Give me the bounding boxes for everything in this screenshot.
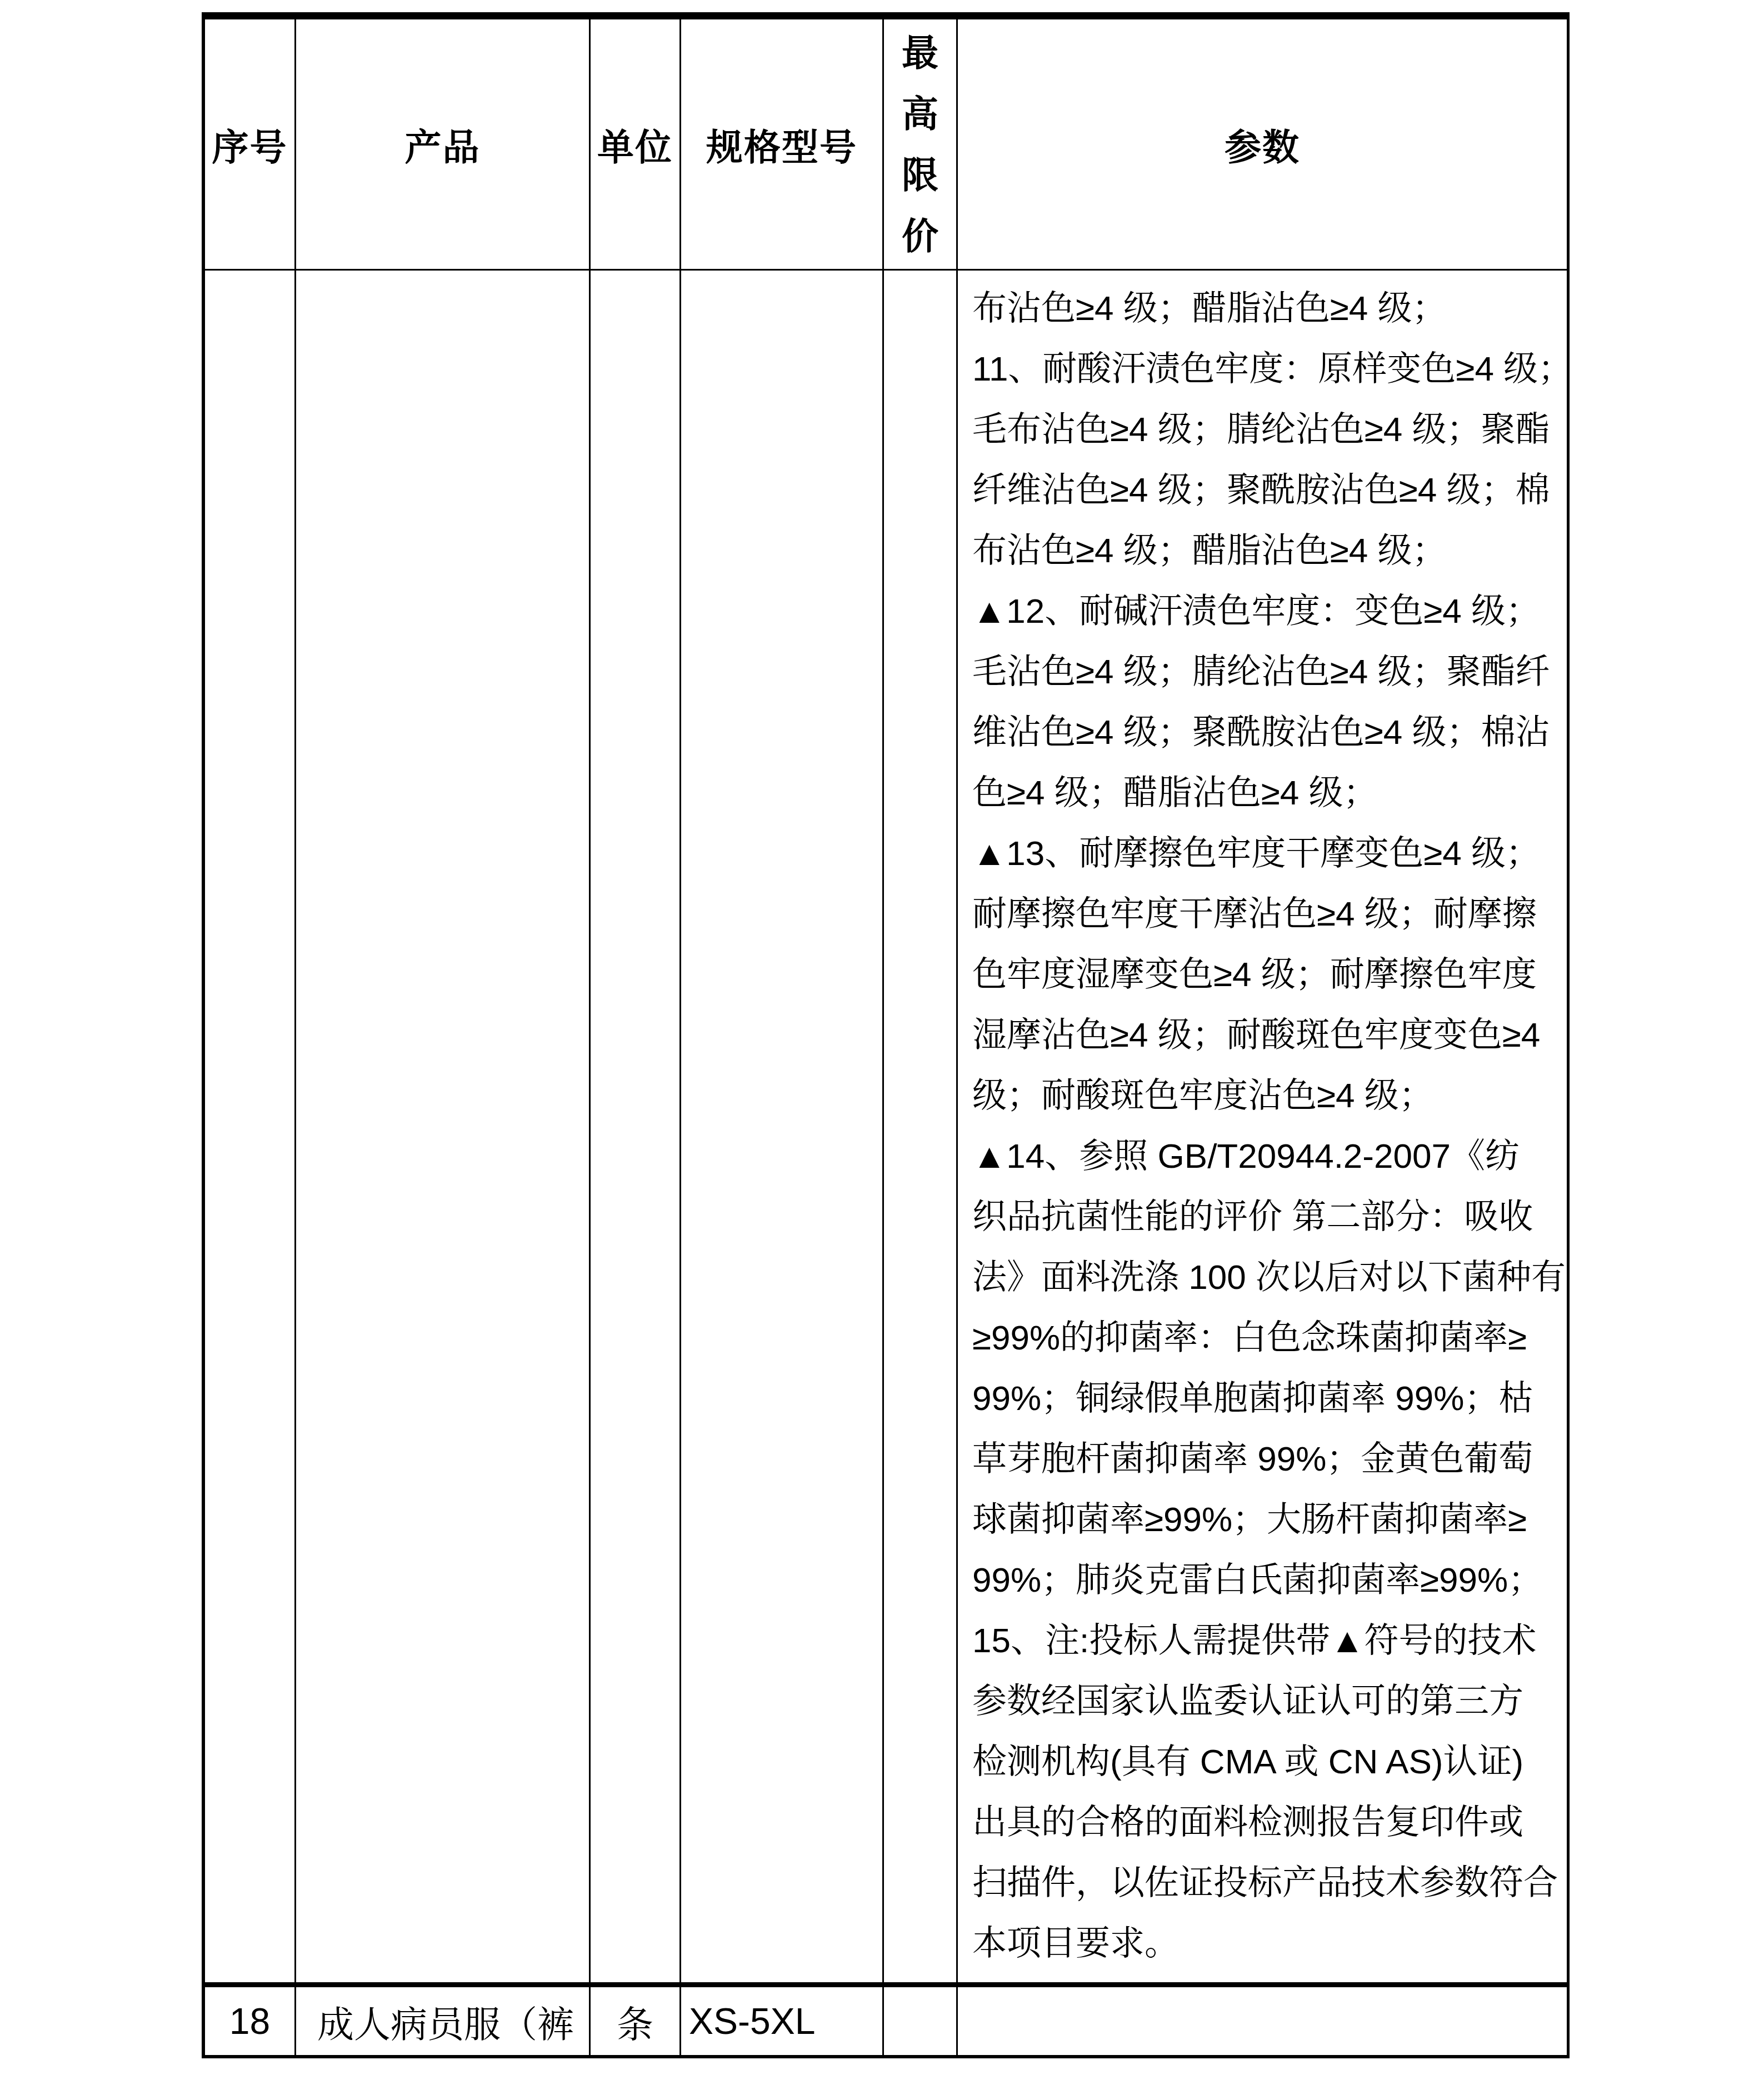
- param-line: ≥99%的抑菌率：白色念珠菌抑菌率≥: [972, 1308, 1559, 1368]
- param-line: 参数经国家认监委认证认可的第三方: [972, 1671, 1559, 1732]
- param-line: 本项目要求。: [972, 1913, 1559, 1974]
- param-line: 出具的合格的面料检测报告复印件或: [972, 1792, 1559, 1853]
- param-row-spec-cell: [681, 271, 884, 1987]
- param-line: 色≥4 级；醋脂沾色≥4 级；: [972, 763, 1559, 823]
- param-line: 毛布沾色≥4 级；腈纶沾色≥4 级；聚酯: [972, 399, 1559, 460]
- param-row-product-cell: [296, 271, 591, 1987]
- param-line: 布沾色≥4 级；醋脂沾色≥4 级；: [972, 521, 1559, 581]
- column-header-params: 参数: [958, 19, 1567, 271]
- param-line: 99%；肺炎克雷白氏菌抑菌率≥99%；: [972, 1550, 1559, 1611]
- param-line: 法》面料洗涤 100 次以后对以下菌种有: [972, 1247, 1559, 1308]
- param-line: 布沾色≥4 级；醋脂沾色≥4 级；: [972, 278, 1559, 339]
- param-row-max-price-cell: [884, 271, 958, 1987]
- row18-spec-cell: XS-5XL: [681, 1987, 884, 2055]
- column-header-product: 产品: [296, 19, 591, 271]
- param-line: 纤维沾色≥4 级；聚酰胺沾色≥4 级；棉: [972, 460, 1559, 521]
- column-header-max-price-label: 最高限价: [901, 22, 939, 267]
- spec-table: 序号 产品 单位 规格型号 最高限价 参数 布沾色≥4 级；醋脂沾色≥4 级；1…: [202, 12, 1570, 2058]
- param-line: 草芽胞杆菌抑菌率 99%；金黄色葡萄: [972, 1429, 1559, 1489]
- param-line: 扫描件，以佐证投标产品技术参数符合: [972, 1853, 1559, 1913]
- param-line: 耐摩擦色牢度干摩沾色≥4 级；耐摩擦: [972, 884, 1559, 944]
- param-line: 色牢度湿摩变色≥4 级；耐摩擦色牢度: [972, 944, 1559, 1005]
- row18-index-cell: 18: [205, 1987, 296, 2055]
- param-line: ▲13、耐摩擦色牢度干摩变色≥4 级；: [972, 823, 1559, 884]
- param-row-params-cell: 布沾色≥4 级；醋脂沾色≥4 级；11、耐酸汗渍色牢度：原样变色≥4 级；毛布沾…: [958, 271, 1567, 1987]
- param-line: ▲12、耐碱汗渍色牢度：变色≥4 级；: [972, 581, 1559, 642]
- param-line: ▲14、参照 GB/T20944.2-2007《纺: [972, 1126, 1559, 1187]
- column-header-max-price: 最高限价: [884, 19, 958, 271]
- param-row-unit-cell: [591, 271, 681, 1987]
- column-header-params-label: 参数: [1225, 118, 1300, 171]
- column-header-index: 序号: [205, 19, 296, 271]
- row18-index: 18: [229, 2000, 270, 2042]
- column-header-product-label: 产品: [405, 118, 481, 171]
- column-header-spec-label: 规格型号: [706, 118, 857, 171]
- column-header-unit: 单位: [591, 19, 681, 271]
- param-line: 检测机构(具有 CMA 或 CN AS)认证): [972, 1732, 1559, 1792]
- row18-params-cell: [958, 1987, 1567, 2055]
- row18-max-price-cell: [884, 1987, 958, 2055]
- param-line: 15、注:投标人需提供带▲符号的技术: [972, 1611, 1559, 1671]
- param-line: 湿摩沾色≥4 级；耐酸斑色牢度变色≥4: [972, 1005, 1559, 1066]
- column-header-spec: 规格型号: [681, 19, 884, 271]
- row18-unit-cell: 条: [591, 1987, 681, 2055]
- param-line: 球菌抑菌率≥99%；大肠杆菌抑菌率≥: [972, 1489, 1559, 1550]
- param-row-index-cell: [205, 271, 296, 1987]
- param-line: 99%；铜绿假单胞菌抑菌率 99%；枯: [972, 1368, 1559, 1429]
- param-line: 毛沾色≥4 级；腈纶沾色≥4 级；聚酯纤: [972, 642, 1559, 702]
- param-line: 织品抗菌性能的评价 第二部分：吸收: [972, 1187, 1559, 1247]
- param-line: 维沾色≥4 级；聚酰胺沾色≥4 级；棉沾: [972, 702, 1559, 763]
- document-page: 序号 产品 单位 规格型号 最高限价 参数 布沾色≥4 级；醋脂沾色≥4 级；1…: [0, 0, 1764, 2075]
- column-header-index-label: 序号: [212, 118, 288, 171]
- row18-spec: XS-5XL: [689, 2000, 815, 2042]
- column-header-unit-label: 单位: [597, 118, 673, 171]
- param-line: 级；耐酸斑色牢度沾色≥4 级；: [972, 1066, 1559, 1126]
- param-line: 11、耐酸汗渍色牢度：原样变色≥4 级；: [972, 339, 1559, 399]
- row18-unit: 条: [617, 1995, 653, 2048]
- row18-product: 成人病员服（裤: [317, 1995, 574, 2048]
- row18-product-cell: 成人病员服（裤: [296, 1987, 591, 2055]
